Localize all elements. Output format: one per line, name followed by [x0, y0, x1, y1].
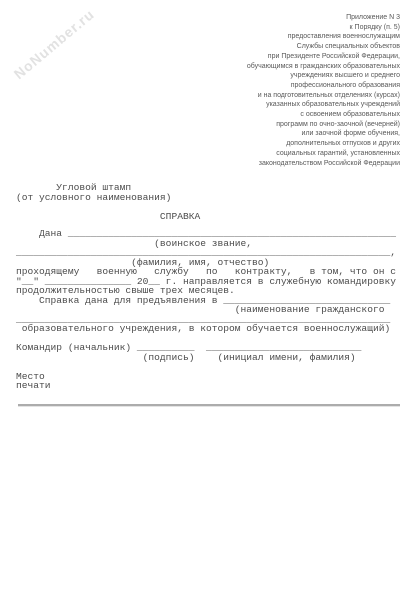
corner-stamp-note: Угловой штамп (от условного наименования…	[16, 183, 171, 202]
appendix-header: Приложение N 3 к Порядку (п. 5) предоста…	[247, 13, 400, 168]
divider-line	[18, 404, 400, 407]
document-page: NoNumber.ru Приложение N 3 к Порядку (п.…	[0, 0, 420, 600]
watermark-text: NoNumber.ru	[3, 0, 105, 89]
certificate-form-body: Дана ___________________________________…	[16, 229, 396, 391]
document-title: СПРАВКА	[16, 212, 200, 222]
